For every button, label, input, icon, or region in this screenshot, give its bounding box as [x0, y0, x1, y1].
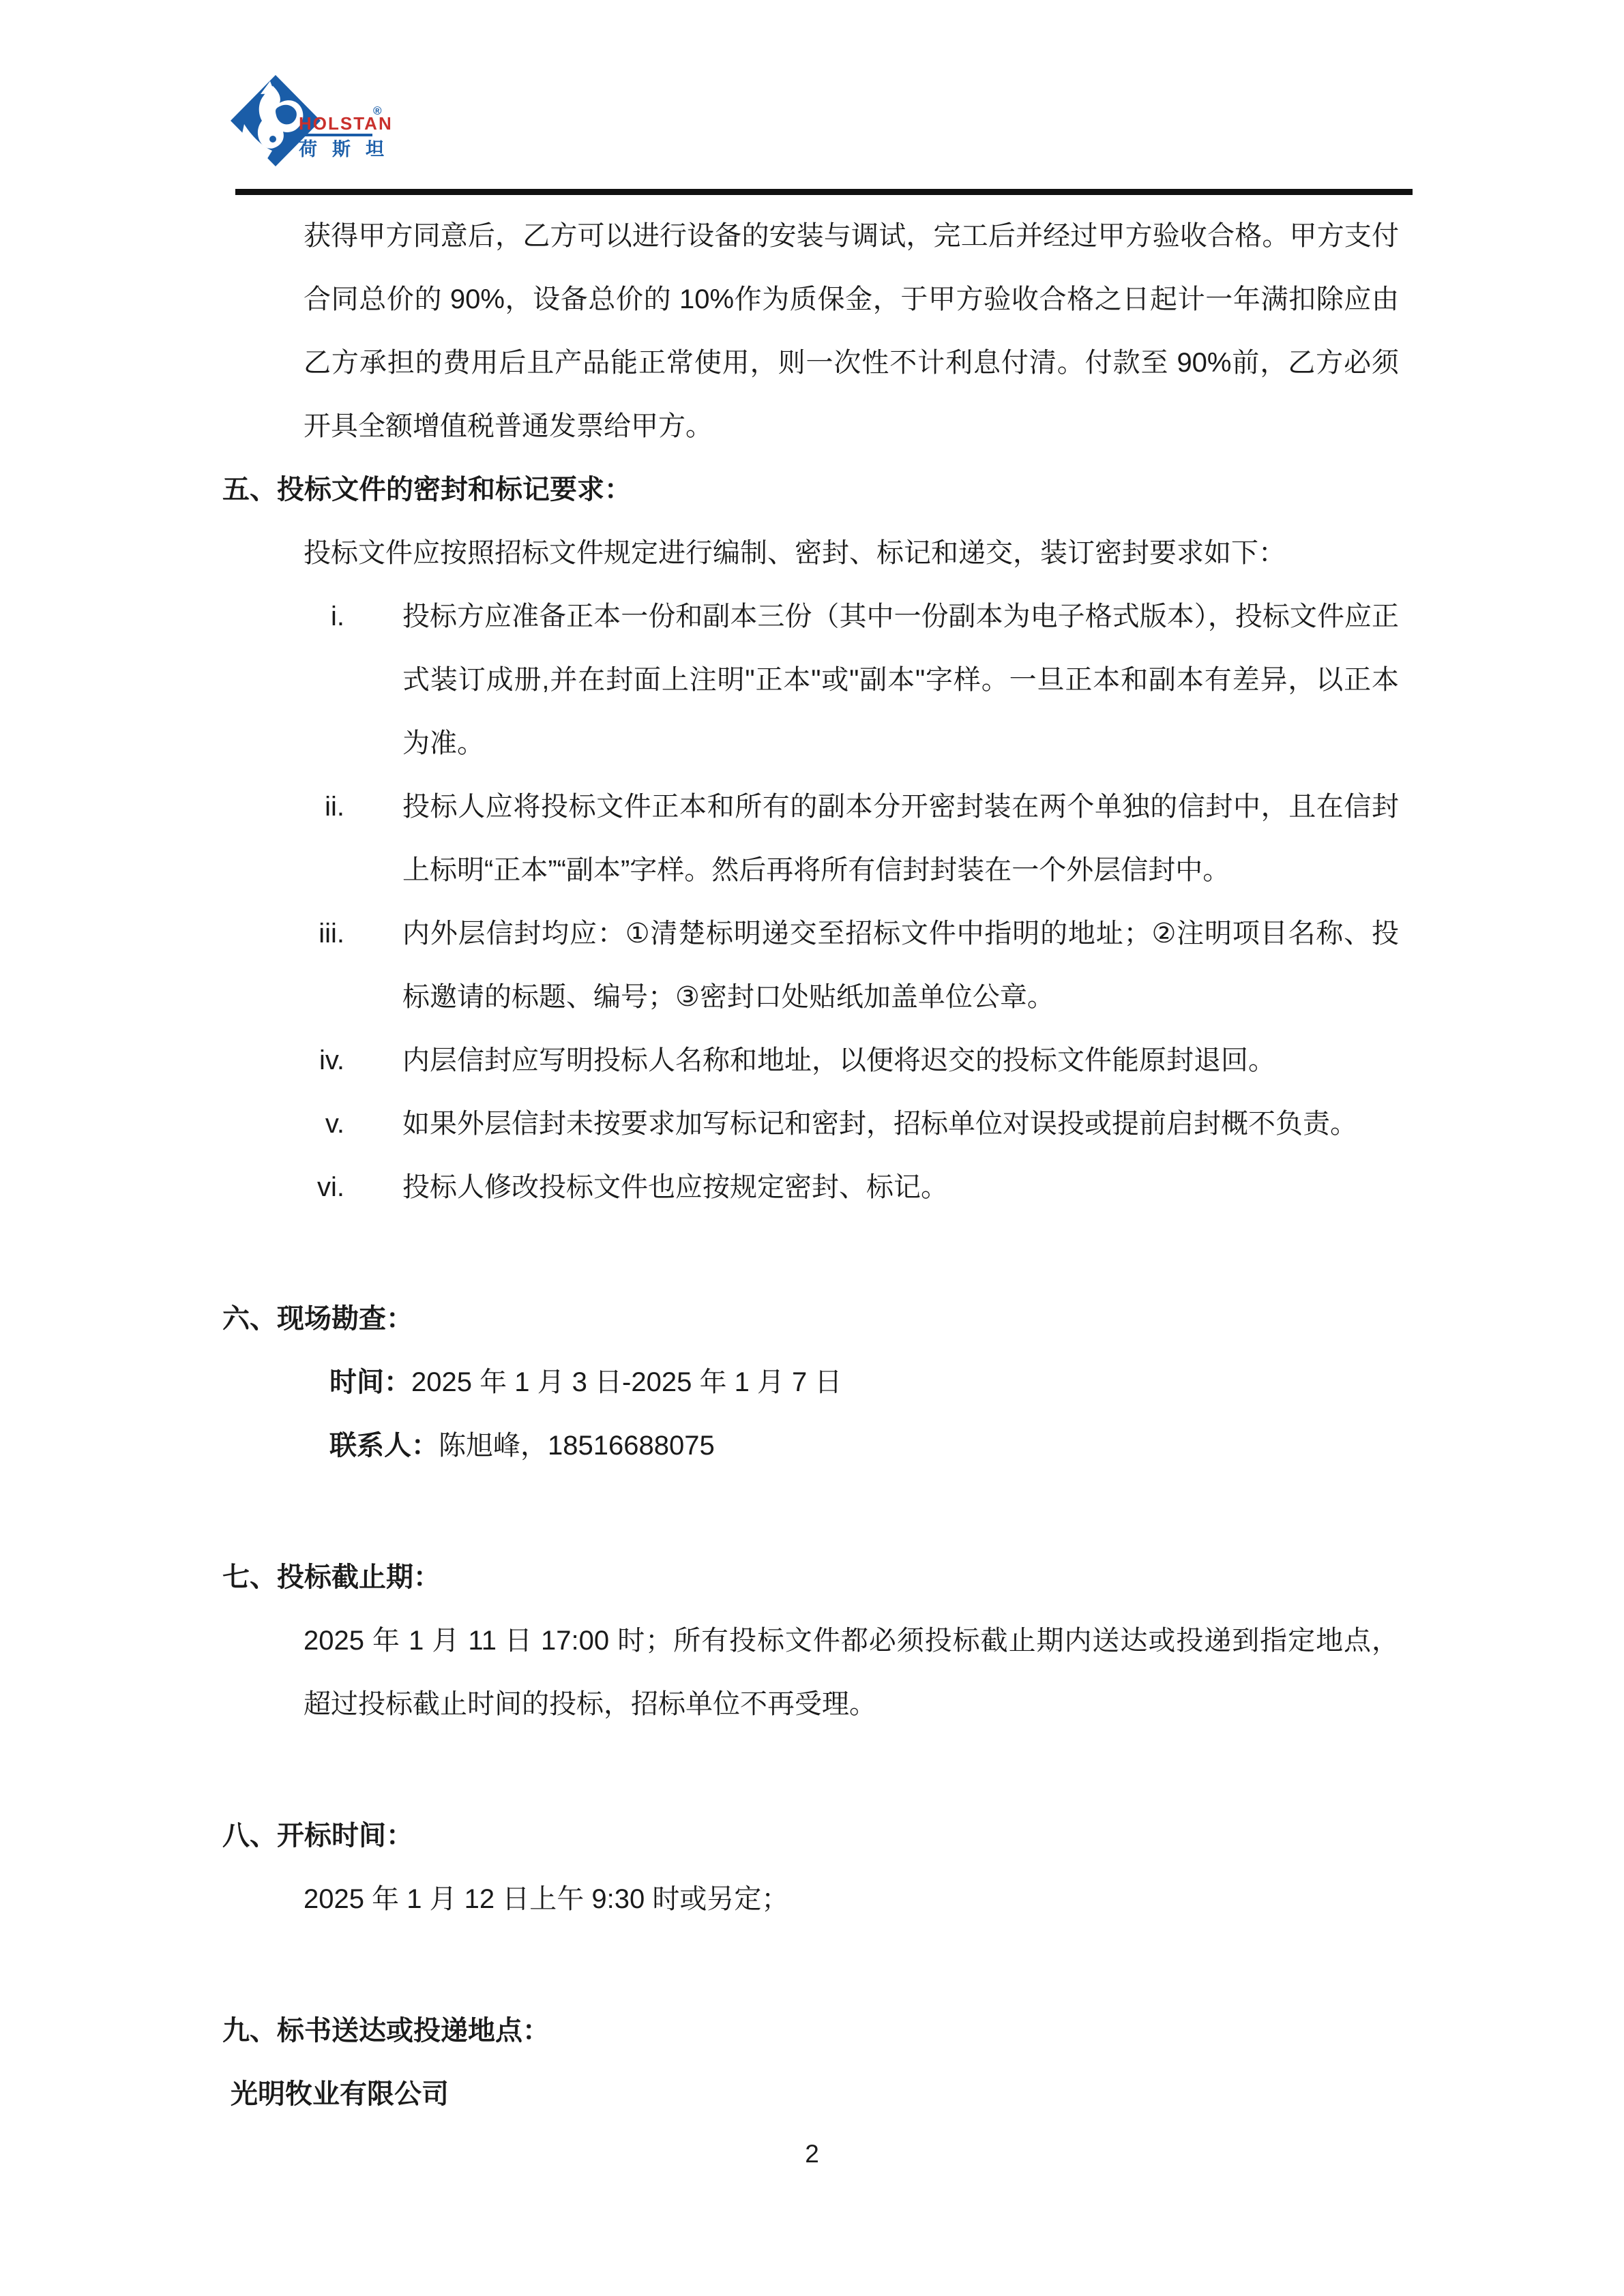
list-marker-i: i.: [235, 585, 344, 775]
payment-terms-paragraph: 获得甲方同意后，乙方可以进行设备的安装与调试，完工后并经过甲方验收合格。甲方支付…: [304, 205, 1399, 458]
list-item-iii: iii. 内外层信封均应：①清楚标明递交至招标文件中指明的地址；②注明项目名称、…: [235, 902, 1399, 1029]
section-delivery-address: 九、标书送达或投递地点： 光明牧业有限公司: [0, 1999, 1624, 2126]
page-content: 获得甲方同意后，乙方可以进行设备的安装与调试，完工后并经过甲方验收合格。甲方支付…: [0, 205, 1624, 2126]
time-value: 2025 年 1 月 3 日-2025 年 1 月 7 日: [411, 1367, 842, 1397]
logo-underline: [299, 134, 372, 136]
section5-intro: 投标文件应按照招标文件规定进行编制、密封、标记和递交，装订密封要求如下：: [304, 522, 1399, 585]
section-site-survey: 六、现场勘查： 时间：2025 年 1 月 3 日-2025 年 1 月 7 日…: [0, 1287, 1624, 1478]
contact-value: 陈旭峰，18516688075: [439, 1431, 715, 1461]
time-label: 时间：: [329, 1367, 411, 1397]
list-item-v: v. 如果外层信封未按要求加写标记和密封，招标单位对误投或提前启封概不负责。: [235, 1092, 1399, 1156]
section5-title: 五、投标文件的密封和标记要求：: [222, 458, 1399, 522]
document-page: HOLSTAN ® 荷斯坦 获得甲方同意后，乙方可以进行设备的安装与调试，完工后…: [0, 0, 1624, 2296]
list-item-iv-text: 内层信封应写明投标人名称和地址，以便将迟交的投标文件能原封退回。: [402, 1029, 1399, 1092]
section8-title: 八、开标时间：: [222, 1804, 1399, 1868]
page-number: 2: [0, 2122, 1624, 2186]
site-survey-contact-row: 联系人：陈旭峰，18516688075: [329, 1414, 1399, 1478]
list-marker-iv: iv.: [235, 1029, 344, 1092]
company-name: 光明牧业有限公司: [231, 2063, 1399, 2126]
list-item-i: i. 投标方应准备正本一份和副本三份（其中一份副本为电子格式版本），投标文件应正…: [235, 585, 1399, 775]
list-item-ii: ii. 投标人应将投标文件正本和所有的副本分开密封装在两个单独的信封中，且在信封…: [235, 775, 1399, 902]
list-item-v-text: 如果外层信封未按要求加写标记和密封，招标单位对误投或提前启封概不负责。: [402, 1092, 1399, 1156]
list-item-iv: iv. 内层信封应写明投标人名称和地址，以便将迟交的投标文件能原封退回。: [235, 1029, 1399, 1092]
logo-registered-icon: ®: [373, 104, 382, 117]
header-divider: [235, 189, 1413, 195]
section6-title: 六、现场勘查：: [222, 1287, 1399, 1351]
list-marker-ii: ii.: [235, 775, 344, 902]
logo-brand-chinese: 荷斯坦: [299, 139, 394, 160]
list-item-ii-text: 投标人应将投标文件正本和所有的副本分开密封装在两个单独的信封中，且在信封上标明“…: [402, 775, 1399, 902]
holstan-logo: HOLSTAN ® 荷斯坦: [231, 72, 394, 169]
section7-title: 七、投标截止期：: [222, 1546, 1399, 1609]
site-survey-time-row: 时间：2025 年 1 月 3 日-2025 年 1 月 7 日: [329, 1351, 1399, 1414]
list-item-vi-text: 投标人修改投标文件也应按规定密封、标记。: [402, 1156, 1399, 1219]
bid-deadline-paragraph: 2025 年 1 月 11 日 17:00 时；所有投标文件都必须投标截止期内送…: [304, 1609, 1399, 1736]
list-item-iii-text: 内外层信封均应：①清楚标明递交至招标文件中指明的地址；②注明项目名称、投标邀请的…: [402, 902, 1399, 1029]
section-sealing-marking: 五、投标文件的密封和标记要求： 投标文件应按照招标文件规定进行编制、密封、标记和…: [0, 458, 1624, 1219]
section9-title: 九、标书送达或投递地点：: [222, 1999, 1399, 2063]
contact-label: 联系人：: [329, 1431, 439, 1461]
list-marker-vi: vi.: [235, 1156, 344, 1219]
list-item-i-text: 投标方应准备正本一份和副本三份（其中一份副本为电子格式版本），投标文件应正式装订…: [402, 585, 1399, 775]
section-bid-deadline: 七、投标截止期： 2025 年 1 月 11 日 17:00 时；所有投标文件都…: [0, 1546, 1624, 1736]
section-bid-opening: 八、开标时间： 2025 年 1 月 12 日上午 9:30 时或另定；: [0, 1804, 1624, 1931]
list-item-vi: vi. 投标人修改投标文件也应按规定密封、标记。: [235, 1156, 1399, 1219]
list-marker-v: v.: [235, 1092, 344, 1156]
list-marker-iii: iii.: [235, 902, 344, 1029]
bid-opening-paragraph: 2025 年 1 月 12 日上午 9:30 时或另定；: [304, 1868, 1399, 1931]
